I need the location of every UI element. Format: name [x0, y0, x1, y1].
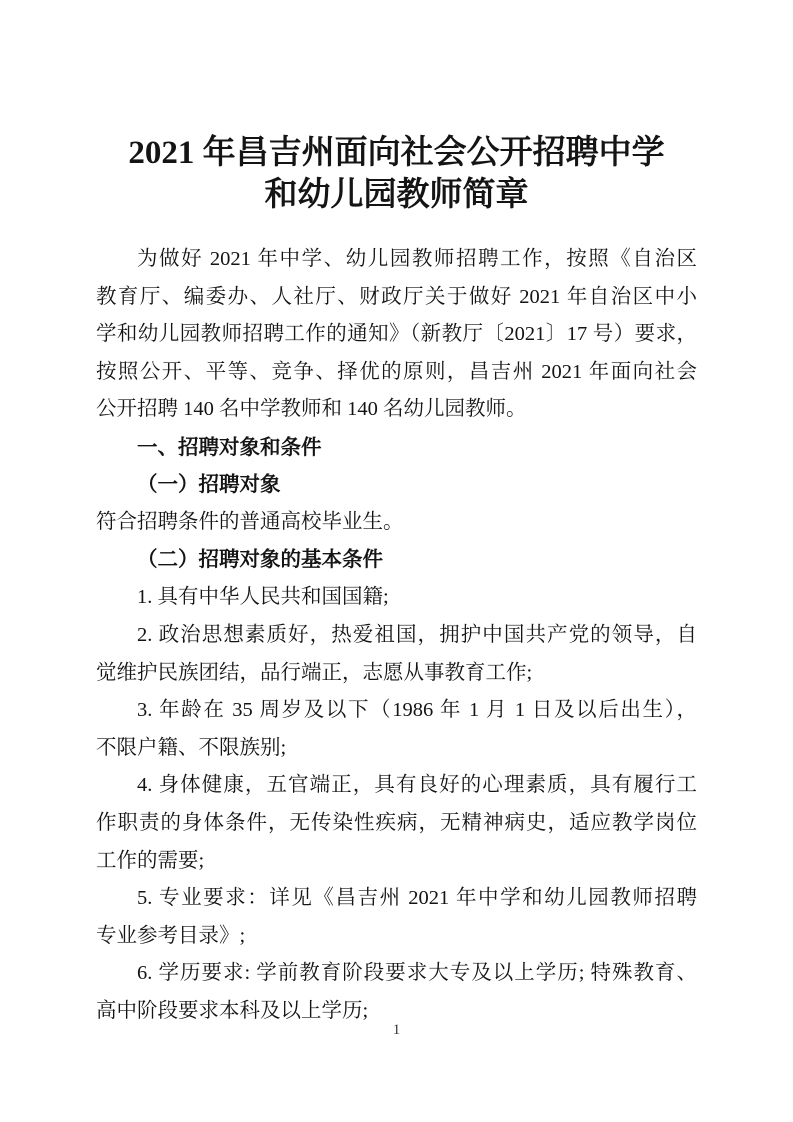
subsection-heading: （二）招聘对象的基本条件: [96, 542, 697, 580]
subsection-heading: （一）招聘对象: [96, 467, 697, 505]
text-line: 符合招聘条件的普通高校毕业生。: [96, 504, 697, 542]
text-line: 作职责的身体条件，无传染性疾病，无精神病史，适应教学岗位: [96, 805, 697, 843]
text-line: 公开招聘 140 名中学教师和 140 名幼儿园教师。: [96, 391, 697, 429]
text-line: 觉维护民族团结，品行端正，志愿从事教育工作;: [96, 655, 697, 693]
text-line: 1. 具有中华人民共和国国籍;: [96, 579, 697, 617]
text-line: 2. 政治思想素质好，热爱祖国，拥护中国共产党的领导，自: [96, 617, 697, 655]
text-line: 不限户籍、不限族别;: [96, 730, 697, 768]
text-line: 学和幼儿园教师招聘工作的通知》（新教厅〔2021〕17 号）要求，: [96, 316, 697, 354]
document-lines: 为做好 2021 年中学、幼儿园教师招聘工作，按照《自治区教育厅、编委办、人社厅…: [96, 241, 697, 1030]
document-title-line: 2021 年昌吉州面向社会公开招聘中学: [96, 132, 697, 174]
text-line: 教育厅、编委办、人社厅、财政厅关于做好 2021 年自治区中小: [96, 279, 697, 317]
document-page: 2021 年昌吉州面向社会公开招聘中学和幼儿园教师简章 为做好 2021 年中学…: [96, 0, 697, 1030]
text-line: 工作的需要;: [96, 843, 697, 881]
text-line: 3. 年龄在 35 周岁及以下（1986 年 1 月 1 日及以后出生），: [96, 692, 697, 730]
document-title-line: 和幼儿园教师简章: [96, 174, 697, 216]
text-line: 4. 身体健康，五官端正，具有良好的心理素质，具有履行工: [96, 767, 697, 805]
text-line: 按照公开、平等、竞争、择优的原则，昌吉州 2021 年面向社会: [96, 354, 697, 392]
text-line: 5. 专业要求：详见《昌吉州 2021 年中学和幼儿园教师招聘: [96, 880, 697, 918]
page-number: 1: [0, 1022, 793, 1039]
section-heading: 一、招聘对象和条件: [96, 429, 697, 467]
text-line: 专业参考目录》;: [96, 918, 697, 956]
text-line: 为做好 2021 年中学、幼儿园教师招聘工作，按照《自治区: [96, 241, 697, 279]
document-title: 2021 年昌吉州面向社会公开招聘中学和幼儿园教师简章: [96, 0, 697, 216]
text-line: 6. 学历要求: 学前教育阶段要求大专及以上学历; 特殊教育、: [96, 955, 697, 993]
